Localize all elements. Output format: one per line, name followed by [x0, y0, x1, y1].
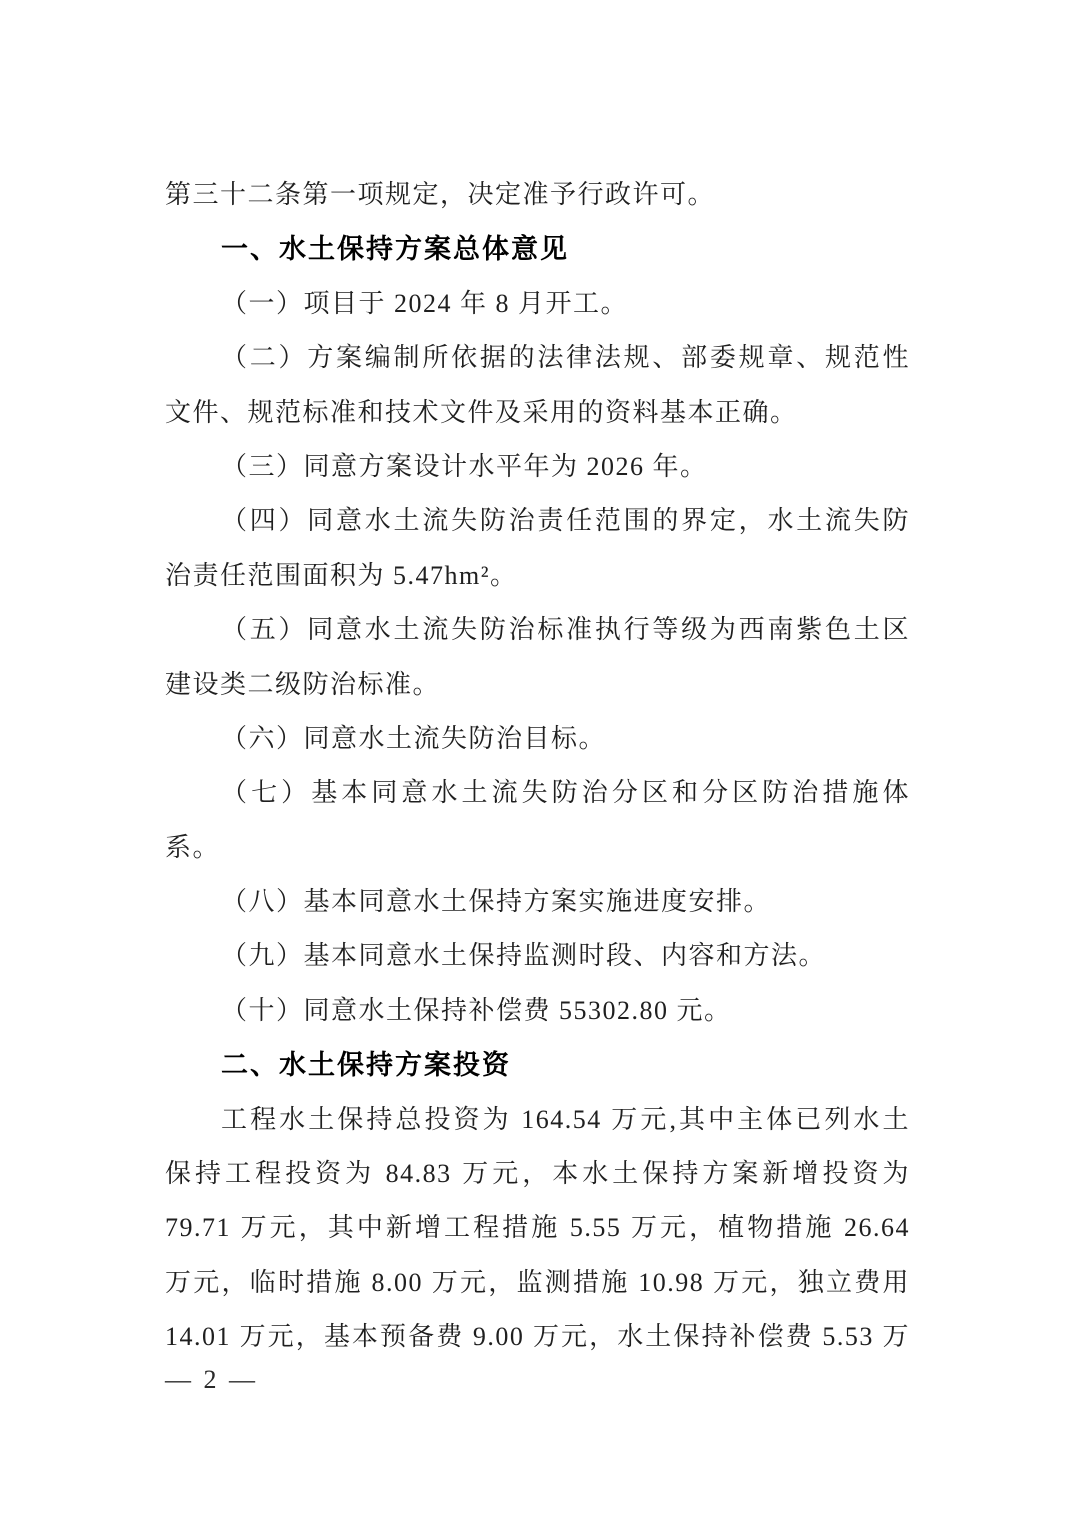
text-line: 79.71 万元，其中新增工程措施 5.55 万元，植物措施 26.64: [165, 1201, 910, 1255]
text-line: （一）项目于 2024 年 8 月开工。: [165, 277, 910, 331]
text-line: 建设类二级防治标准。: [165, 658, 910, 712]
text-line: （四）同意水土流失防治责任范围的界定，水土流失防: [165, 494, 910, 548]
text-line: 系。: [165, 821, 910, 875]
text-line: 第三十二条第一项规定，决定准予行政许可。: [165, 168, 910, 222]
text-line: 工程水土保持总投资为 164.54 万元,其中主体已列水土: [165, 1093, 910, 1147]
text-line: 文件、规范标准和技术文件及采用的资料基本正确。: [165, 386, 910, 440]
text-line: （五）同意水土流失防治标准执行等级为西南紫色土区: [165, 603, 910, 657]
text-line: 保持工程投资为 84.83 万元，本水土保持方案新增投资为: [165, 1147, 910, 1201]
text-line: 治责任范围面积为 5.47hm²。: [165, 549, 910, 603]
section-heading: 一、水土保持方案总体意见: [165, 222, 910, 276]
text-line: （八）基本同意水土保持方案实施进度安排。: [165, 875, 910, 929]
page-number: — 2 —: [165, 1356, 258, 1404]
text-line: （九）基本同意水土保持监测时段、内容和方法。: [165, 929, 910, 983]
text-line: 万元，临时措施 8.00 万元，监测措施 10.98 万元，独立费用: [165, 1256, 910, 1310]
text-line: 14.01 万元，基本预备费 9.00 万元，水土保持补偿费 5.53 万: [165, 1310, 910, 1364]
text-line: （十）同意水土保持补偿费 55302.80 元。: [165, 984, 910, 1038]
document-page: 第三十二条第一项规定，决定准予行政许可。一、水土保持方案总体意见（一）项目于 2…: [0, 0, 1074, 1520]
text-line: （七）基本同意水土流失防治分区和分区防治措施体: [165, 766, 910, 820]
text-line: （三）同意方案设计水平年为 2026 年。: [165, 440, 910, 494]
section-heading: 二、水土保持方案投资: [165, 1038, 910, 1092]
text-line: （二）方案编制所依据的法律法规、部委规章、规范性: [165, 331, 910, 385]
text-line: （六）同意水土流失防治目标。: [165, 712, 910, 766]
document-body: 第三十二条第一项规定，决定准予行政许可。一、水土保持方案总体意见（一）项目于 2…: [165, 168, 910, 1365]
